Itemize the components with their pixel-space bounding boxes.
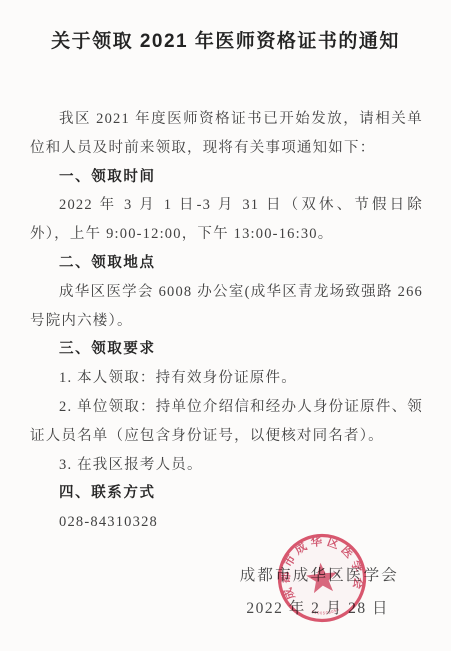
section-heading-pickup-requirements: 三、领取要求 (30, 335, 423, 364)
section-heading-pickup-location: 二、领取地点 (30, 249, 423, 278)
document-body: 我区 2021 年度医师资格证书已开始发放，请相关单位和人员及时前来领取，现将有… (30, 105, 423, 537)
page-title: 关于领取 2021 年医师资格证书的通知 (24, 26, 427, 53)
pickup-time-paragraph: 2022 年 3 月 1 日-3 月 31 日（双休、节假日除外），上午 9:0… (30, 191, 423, 249)
requirement-item-3: 3. 在我区报考人员。 (30, 451, 423, 480)
pickup-location-paragraph: 成华区医学会 6008 办公室(成华区青龙场致强路 266 号院内六楼）。 (30, 278, 423, 336)
intro-paragraph: 我区 2021 年度医师资格证书已开始发放，请相关单位和人员及时前来领取，现将有… (30, 105, 423, 163)
requirement-item-2: 2. 单位领取：持单位介绍信和经办人身份证原件、领证人员名单（应包含身份证号，以… (30, 393, 423, 451)
signature-date: 2022 年 2 月 28 日 (246, 596, 389, 618)
section-heading-pickup-time: 一、领取时间 (30, 163, 423, 192)
signature-organization: 成都市成华区医学会 (240, 563, 399, 585)
section-heading-contact: 四、联系方式 (30, 479, 423, 508)
contact-phone-number: 028-84310328 (30, 508, 423, 537)
notice-document: 关于领取 2021 年医师资格证书的通知 我区 2021 年度医师资格证书已开始… (0, 0, 451, 651)
requirement-item-1: 1. 本人领取：持有效身份证原件。 (30, 364, 423, 393)
